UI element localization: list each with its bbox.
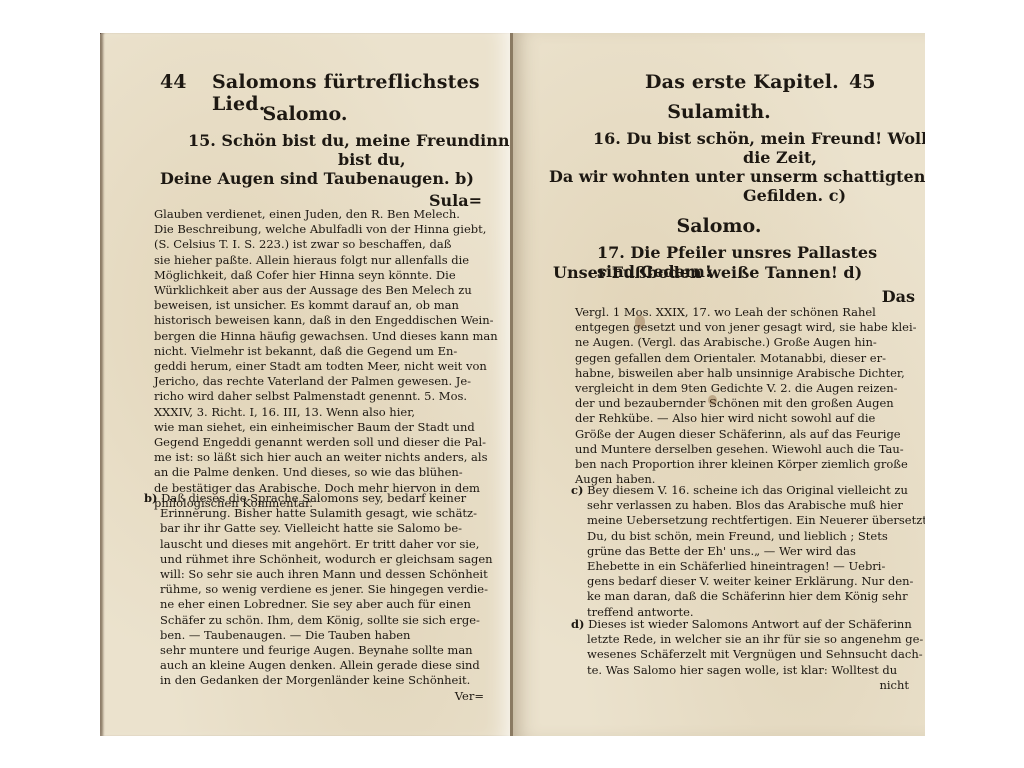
note-line: will: So sehr sie auch ihren Mann und de…: [144, 567, 484, 582]
footnote-b: b) Daß dieses die Sprache Salomons sey, …: [144, 491, 484, 704]
note-line: Möglichkeit, daß Cofer hier Hinna seyn k…: [154, 268, 480, 283]
verse-line: die Zeit,: [593, 148, 893, 167]
note-line: ben nach Proportion ihrer kleinen Körper…: [575, 457, 905, 472]
note-line: Glauben verdienet, einen Juden, den R. B…: [154, 207, 480, 222]
note-line: Schäfer zu schön. Ihm, dem König, sollte…: [144, 613, 484, 628]
note-line: sehr verlassen zu haben. Blos das Arabis…: [571, 498, 909, 513]
note-line: geddi herum, einer Stadt am todten Meer,…: [154, 359, 480, 374]
note-line: sie hieher paßte. Allein hieraus folgt n…: [154, 253, 480, 268]
note-line: b) Daß dieses die Sprache Salomons sey, …: [144, 491, 484, 506]
note-line: te. Was Salomo hier sagen wolle, ist kla…: [571, 663, 909, 678]
note-line: meine Uebersetzung rechtfertigen. Ein Ne…: [571, 513, 909, 528]
note-line: bergen die Hinna häufig gewachsen. Und d…: [154, 329, 480, 344]
footnote-d: d) Dieses ist wieder Salomons Antwort au…: [571, 617, 909, 693]
page-number: 45: [849, 71, 875, 93]
note-line: ben. — Taubenaugen. — Die Tauben haben: [144, 628, 484, 643]
note-line: historisch beweisen kann, daß in den Eng…: [154, 313, 480, 328]
verse-16-line-2: Da wir wohnten unter unserm schattigten …: [549, 167, 909, 205]
note-line: gens bedarf dieser V. weiter keiner Erkl…: [571, 574, 909, 589]
footnote-continuation: Vergl. 1 Mos. XXIX, 17. wo Leah der schö…: [575, 305, 905, 487]
note-line: beweisen, ist unsicher. Es kommt darauf …: [154, 298, 480, 313]
note-line: der Rehkübe. — Also hier wird nicht sowo…: [575, 411, 905, 426]
paper-stain: [635, 315, 645, 329]
right-page: Das erste Kapitel. 45 Sulamith. 16. Du b…: [513, 33, 925, 736]
speaker-heading: Salomo.: [100, 103, 510, 125]
note-line: XXXIV, 3. Richt. I, 16. III, 13. Wenn al…: [154, 405, 480, 420]
note-line: Die Beschreibung, welche Abulfadli von d…: [154, 222, 480, 237]
note-line: richo wird daher selbst Palmenstadt gene…: [154, 389, 480, 404]
page-number: 44: [160, 71, 186, 93]
note-line: Jericho, das rechte Vaterland der Palmen…: [154, 374, 480, 389]
verse-17-line-2: Unser Fußboden weiße Tannen! d): [553, 263, 893, 282]
note-line: gegen gefallen dem Orientaler. Motanabbi…: [575, 351, 905, 366]
verse-15: 15. Schön bist du, meine Freundinn, schö…: [188, 131, 488, 169]
note-line: sehr muntere und feurige Augen. Beynahe …: [144, 643, 484, 658]
book-spread: 44 Salomons fürtreflichstes Lied. Salomo…: [100, 33, 925, 736]
speaker-heading: Sulamith.: [513, 101, 925, 123]
note-catchword: Ver=: [144, 689, 484, 704]
note-line: ke man daran, daß die Schäferinn hier de…: [571, 589, 909, 604]
verse-line: 15. Schön bist du, meine Freundinn, schö…: [188, 131, 488, 150]
note-line: Größe der Augen dieser Schäferinn, als a…: [575, 427, 905, 442]
footnote-continuation: Glauben verdienet, einen Juden, den R. B…: [154, 207, 480, 511]
note-line: me ist: so läßt sich hier auch an weiter…: [154, 450, 480, 465]
note-line: wesenes Schäferzelt mit Vergnügen und Se…: [571, 647, 909, 662]
speaker-heading: Salomo.: [513, 215, 925, 237]
verse-line: bist du,: [188, 150, 488, 169]
footnote-label: d): [571, 617, 584, 631]
note-line: lauscht und dieses mit angehört. Er trit…: [144, 537, 484, 552]
verse-15-line-2: Deine Augen sind Taubenaugen. b): [160, 169, 480, 188]
note-line: Erinnerung. Bisher hatte Sulamith gesagt…: [144, 506, 484, 521]
verse-line: 16. Du bist schön, mein Freund! Wollust …: [593, 129, 893, 148]
note-line: grüne das Bette der Eh' uns.„ — Wer wird…: [571, 544, 909, 559]
note-line: wie man siehet, ein einheimischer Baum d…: [154, 420, 480, 435]
note-line: rühme, so wenig verdiene es jener. Sie h…: [144, 582, 484, 597]
note-line: auch an kleine Augen denken. Allein gera…: [144, 658, 484, 673]
note-line: Vergl. 1 Mos. XXIX, 17. wo Leah der schö…: [575, 305, 905, 320]
verse-16: 16. Du bist schön, mein Freund! Wollust …: [593, 129, 893, 167]
note-line: Ehebette in ein Schäferlied hineintragen…: [571, 559, 909, 574]
note-line: und Muntere derselben gesehen. Wiewohl a…: [575, 442, 905, 457]
note-line: ne Augen. (Vergl. das Arabische.) Große …: [575, 335, 905, 350]
note-line: ne eher einen Lobredner. Sie sey aber au…: [144, 597, 484, 612]
note-line: nicht. Vielmehr ist bekannt, daß die Geg…: [154, 344, 480, 359]
note-line: vergleicht in dem 9ten Gedichte V. 2. di…: [575, 381, 905, 396]
left-page: 44 Salomons fürtreflichstes Lied. Salomo…: [100, 33, 510, 736]
note-line: bar ihr ihr Gatte sey. Vielleicht hatte …: [144, 521, 484, 536]
note-line: Gegend Engeddi genannt werden soll und d…: [154, 435, 480, 450]
verse-line: Gefilden. c): [549, 186, 909, 205]
verse-line: Da wir wohnten unter unserm schattigten …: [549, 167, 909, 186]
footnote-label: c): [571, 483, 583, 497]
note-line: an die Palme denken. Und dieses, so wie …: [154, 465, 480, 480]
note-line: d) Dieses ist wieder Salomons Antwort au…: [571, 617, 909, 632]
note-line: Würklichkeit aber aus der Aussage des Be…: [154, 283, 480, 298]
footnote-label: b): [144, 491, 157, 505]
note-line: und rühmet ihre Schönheit, wodurch er gl…: [144, 552, 484, 567]
note-line: in den Gedanken der Morgenländer keine S…: [144, 673, 484, 688]
note-line: c) Bey diesem V. 16. scheine ich das Ori…: [571, 483, 909, 498]
note-line: letzte Rede, in welcher sie an ihr für s…: [571, 632, 909, 647]
note-line: entgegen gesetzt und von jener gesagt wi…: [575, 320, 905, 335]
catchword: Das: [882, 287, 915, 306]
paper-stain: [708, 395, 717, 405]
note-line: habne, bisweilen aber halb unsinnige Ara…: [575, 366, 905, 381]
note-line: der und bezaubernder Schönen mit den gro…: [575, 396, 905, 411]
note-line: (S. Celsius T. I. S. 223.) ist zwar so b…: [154, 237, 480, 252]
running-head: Das erste Kapitel.: [645, 71, 839, 93]
footnote-c: c) Bey diesem V. 16. scheine ich das Ori…: [571, 483, 909, 620]
note-line: Du, du bist schön, mein Freund, und lieb…: [571, 529, 909, 544]
note-catchword: nicht: [571, 678, 909, 693]
